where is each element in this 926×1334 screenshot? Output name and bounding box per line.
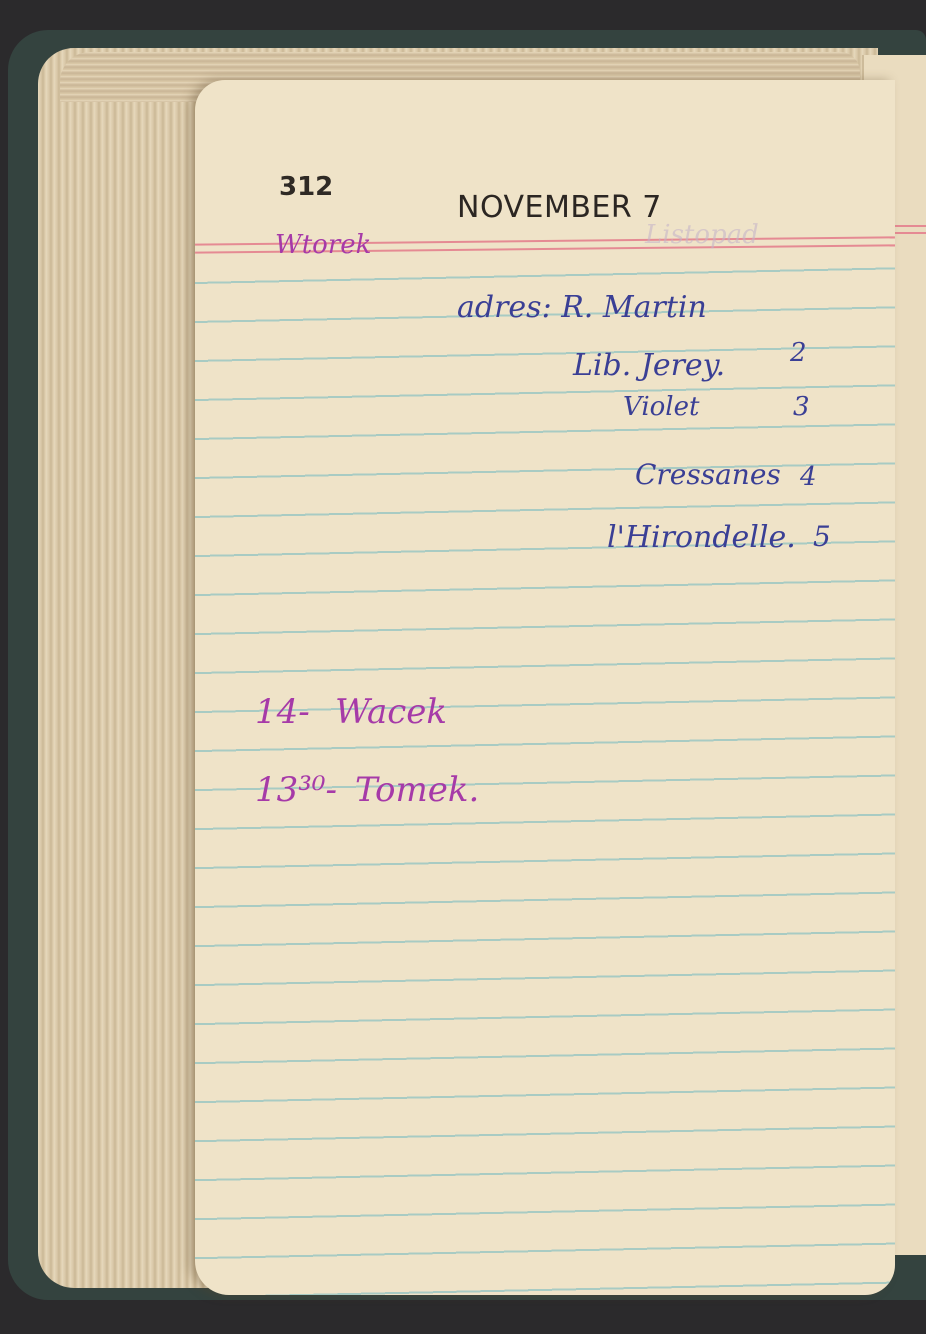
date-header: NOVEMBER 7 — [457, 190, 662, 225]
entry-line-1: adres: R. Martin — [457, 290, 707, 325]
appointment-2-text: Tomek. — [355, 770, 479, 810]
entry-line-3: Violet — [623, 392, 699, 422]
margin-note: Wtorek — [275, 230, 371, 260]
diary-page: 312 NOVEMBER 7 Listopad Wtorek adres: R.… — [195, 80, 895, 1295]
entry-line-4: Cressanes — [635, 458, 781, 491]
appointment-2-time: 13³⁰- — [255, 770, 337, 810]
page-number: 312 — [279, 172, 333, 202]
entry-number-3: 3 — [793, 392, 810, 422]
entry-number-5: 5 — [813, 520, 831, 553]
appointment-1-time: 14- — [255, 692, 310, 732]
entry-number-4: 4 — [800, 462, 817, 492]
bleedthrough-text: Listopad — [645, 220, 759, 250]
entry-line-5: l'Hirondelle. — [607, 520, 796, 555]
entry-line-2: Lib. Jerey. — [573, 348, 725, 383]
entry-number-2: 2 — [790, 338, 807, 368]
appointment-1-text: Wacek — [335, 692, 447, 732]
